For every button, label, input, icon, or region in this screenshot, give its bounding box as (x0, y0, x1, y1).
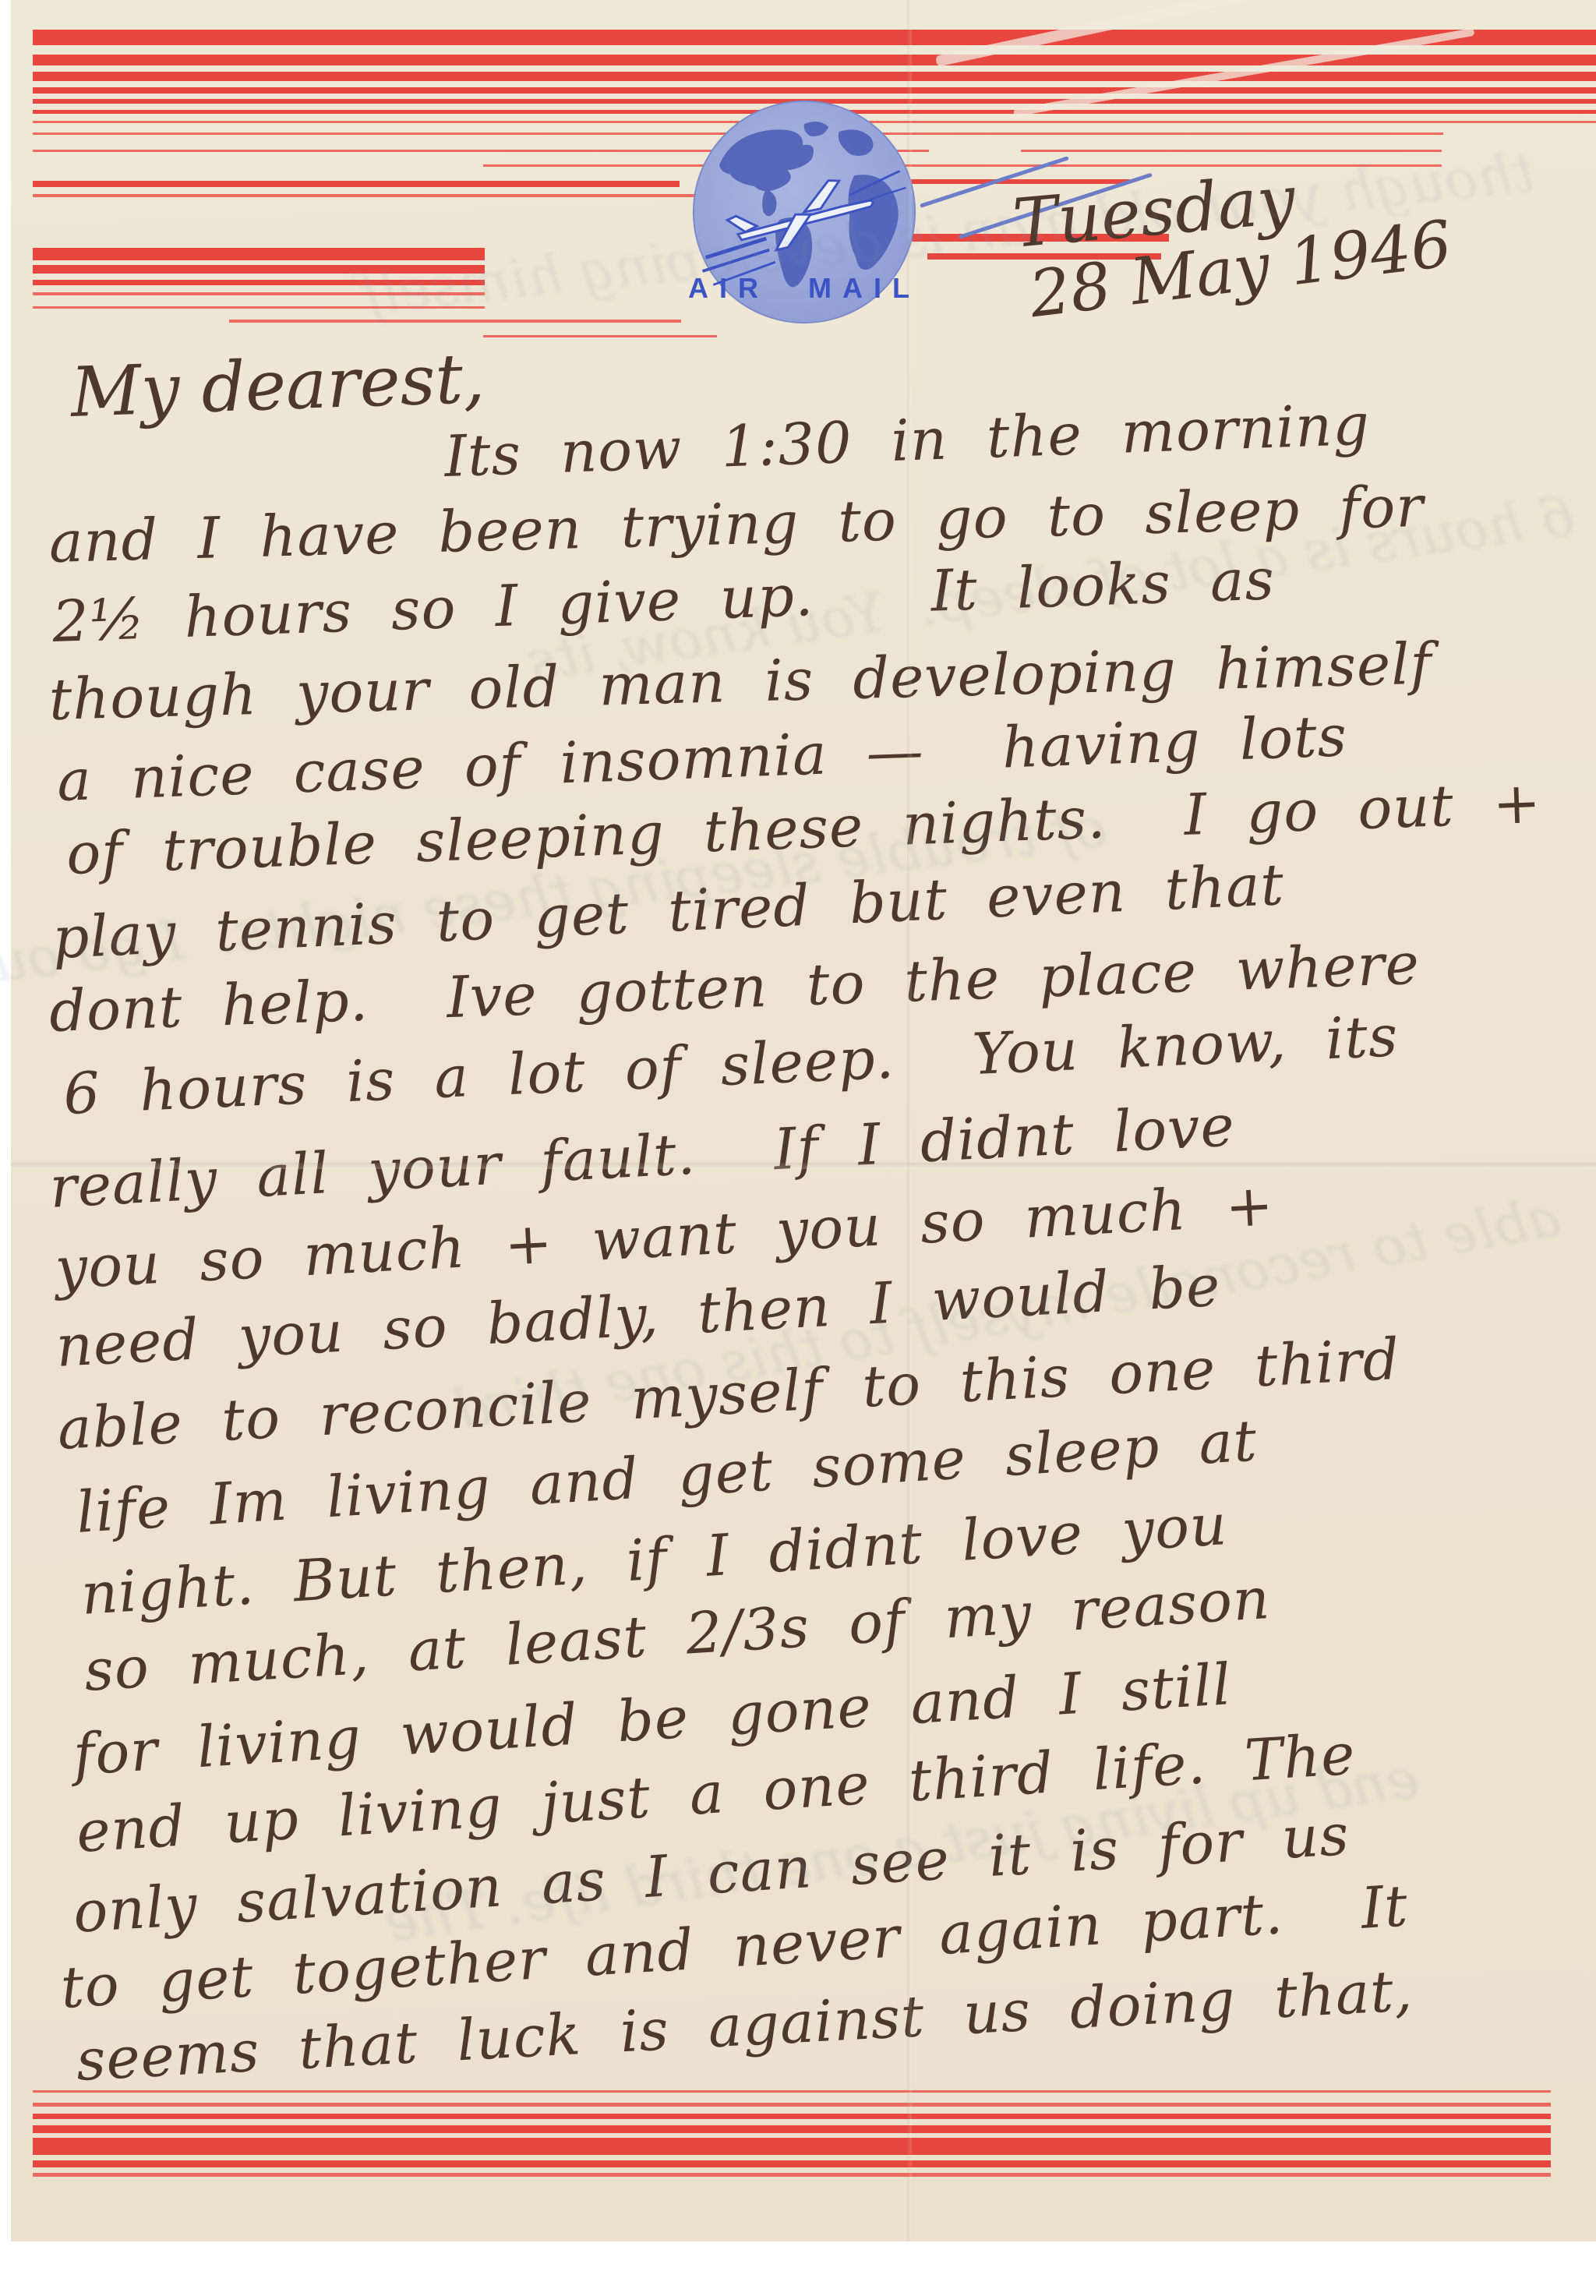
fold-crease-vertical (907, 0, 912, 2241)
stripe-line (33, 30, 1596, 45)
stripe-line (33, 2138, 1551, 2155)
stripe-line (33, 181, 680, 187)
stripe-line (229, 320, 681, 323)
stripe-line (33, 194, 757, 197)
stripe-line (33, 72, 1596, 81)
stripe-line (33, 2090, 1551, 2093)
salutation: My dearest, (69, 337, 486, 432)
scan-margin-bottom (0, 2241, 1596, 2296)
scan-margin-left (0, 0, 11, 2296)
scanned-airmail-letter: AIR MAIL though your old man is developi… (0, 0, 1596, 2296)
stripe-line (33, 55, 1596, 65)
stripe-line (33, 2125, 1551, 2133)
stripe-line (33, 2173, 1551, 2177)
letter-paper: AIR MAIL though your old man is developi… (11, 0, 1596, 2241)
stripe-line (1021, 150, 1442, 152)
stripe-line (483, 335, 717, 337)
stripe-line (33, 2103, 1551, 2107)
stripe-line (33, 2160, 1551, 2167)
airmail-label: AIR MAIL (675, 274, 934, 302)
stripe-line (33, 87, 1596, 94)
stripe-line (33, 2114, 1551, 2119)
fold-crease-horizontal (11, 1163, 1596, 1169)
